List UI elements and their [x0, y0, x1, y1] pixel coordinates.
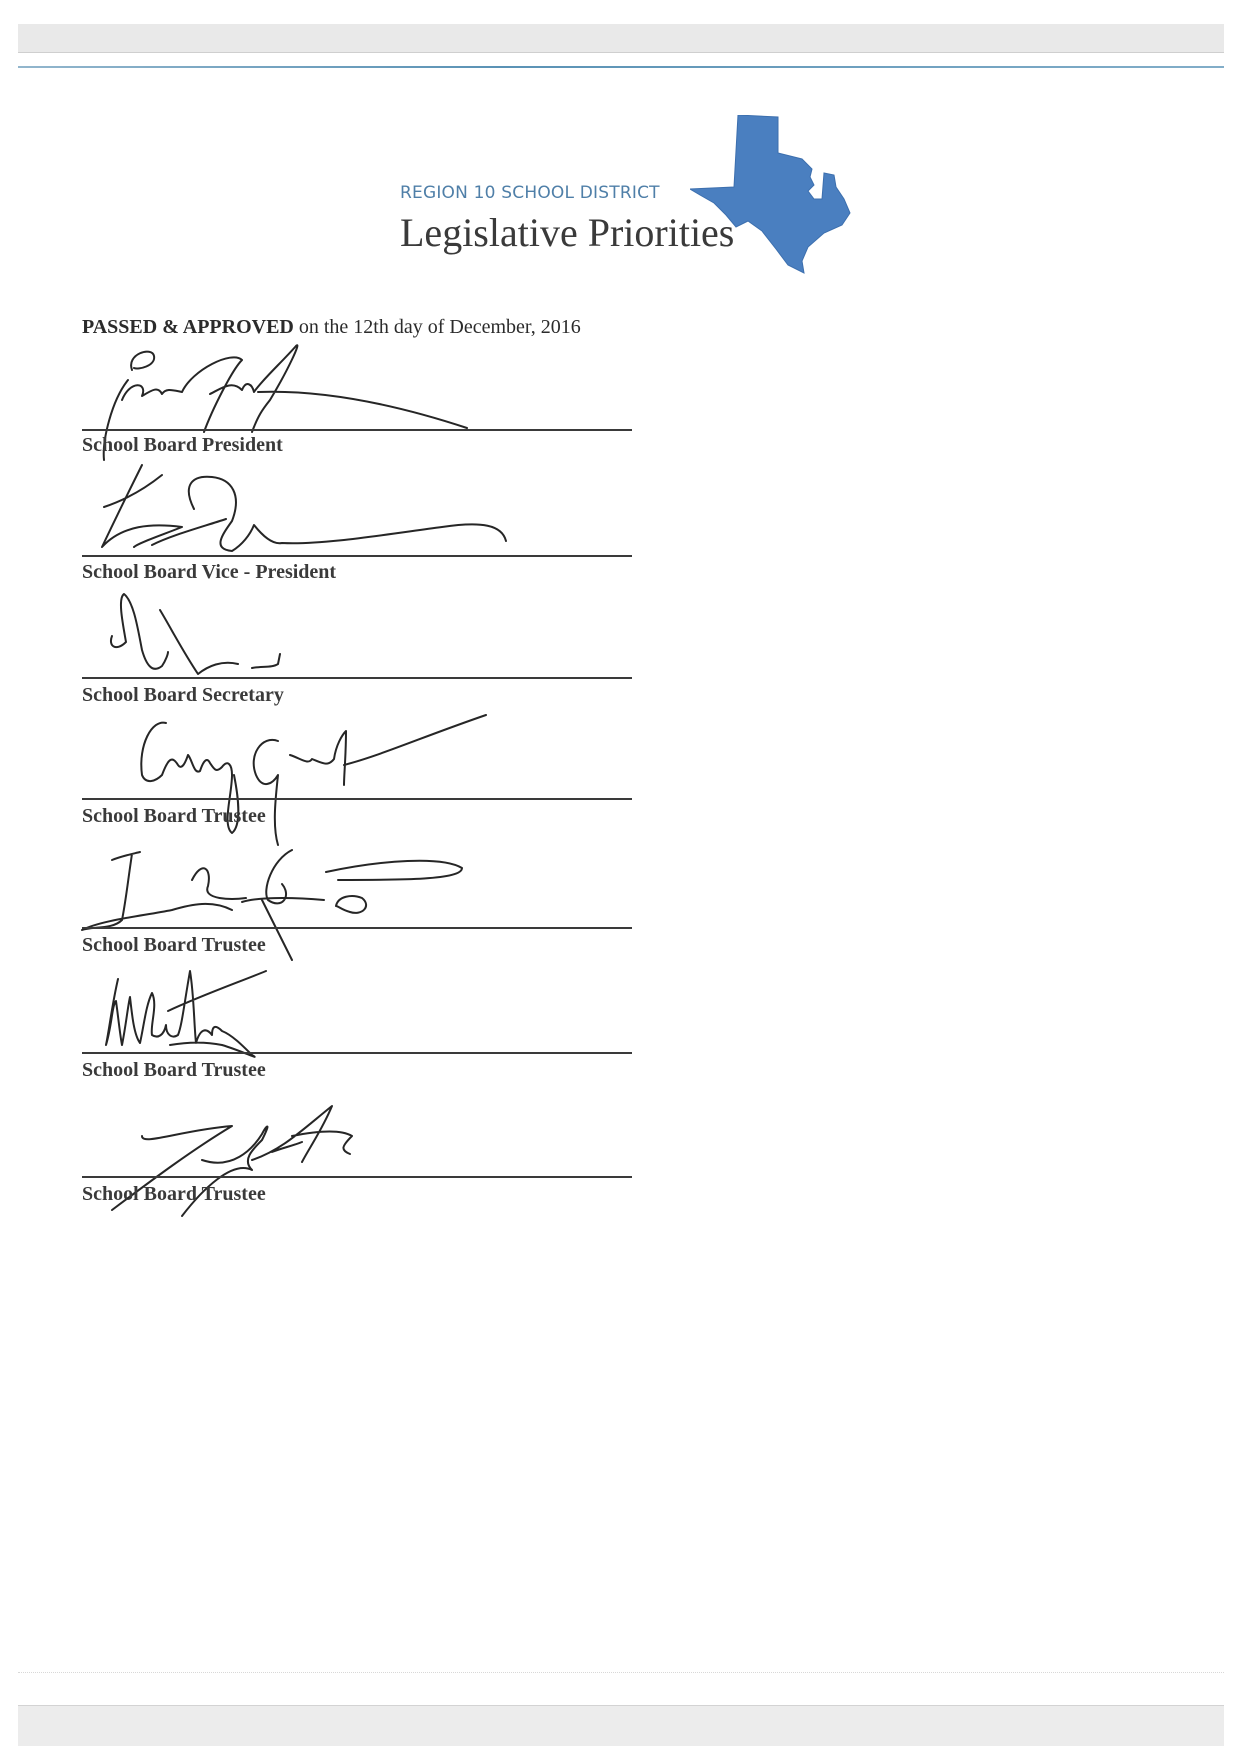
signature-line	[82, 927, 632, 929]
signature-role: School Board Trustee	[82, 805, 266, 828]
signature-block-vice-president: School Board Vice - President	[82, 465, 632, 575]
signature-block-secretary: School Board Secretary	[82, 590, 632, 700]
signature-block-trustee-4: School Board Trustee	[82, 1090, 632, 1200]
signature-role: School Board Trustee	[82, 1059, 266, 1082]
header-rule	[18, 66, 1224, 68]
approval-date-text: on the 12th day of December, 2016	[294, 316, 581, 338]
signature-role: School Board Vice - President	[82, 561, 336, 584]
signature-line	[82, 677, 632, 679]
signature-block-trustee-1: School Board Trustee	[82, 715, 632, 825]
footer-rule	[18, 1672, 1224, 1674]
signature-trustee-4	[82, 1090, 632, 1230]
signature-line	[82, 555, 632, 557]
approval-statement: PASSED & APPROVED on the 12th day of Dec…	[82, 316, 581, 339]
signature-role: School Board Trustee	[82, 1183, 266, 1206]
signature-vice-president	[82, 465, 632, 605]
signature-trustee-2	[82, 840, 632, 980]
signature-line	[82, 1176, 632, 1178]
signature-block-trustee-2: School Board Trustee	[82, 840, 632, 950]
organization-name: REGION 10 SCHOOL DISTRICT	[400, 183, 660, 203]
signature-trustee-3	[82, 965, 632, 1105]
signature-line	[82, 798, 632, 800]
scan-bottom-band	[18, 1705, 1224, 1746]
signature-line	[82, 429, 632, 431]
signature-president	[82, 340, 632, 480]
signature-block-president: School Board President	[82, 340, 632, 450]
texas-state-map-icon	[690, 115, 870, 275]
signature-line	[82, 1052, 632, 1054]
signature-block-trustee-3: School Board Trustee	[82, 965, 632, 1075]
signature-trustee-1	[82, 715, 632, 855]
approval-prefix: PASSED & APPROVED	[82, 316, 294, 338]
scan-top-band	[18, 24, 1224, 53]
signature-role: School Board President	[82, 434, 283, 457]
signature-role: School Board Trustee	[82, 934, 266, 957]
signature-role: School Board Secretary	[82, 684, 284, 707]
district-logo: REGION 10 SCHOOL DISTRICT Legislative Pr…	[400, 115, 870, 275]
signature-secretary	[82, 590, 632, 730]
document-title: Legislative Priorities	[400, 209, 734, 256]
